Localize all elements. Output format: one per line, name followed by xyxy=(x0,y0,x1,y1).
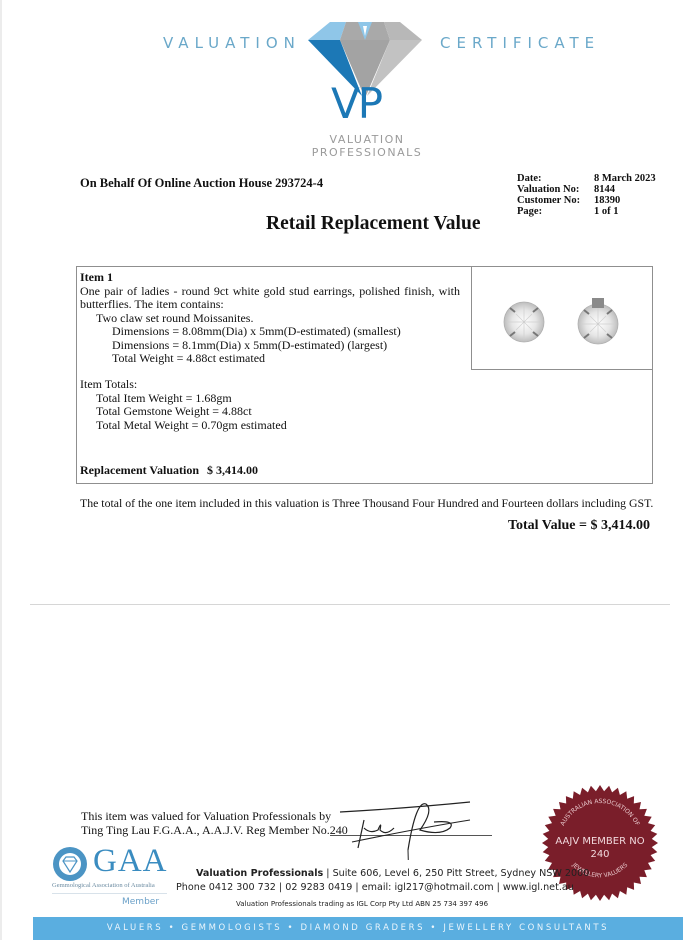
gaa-emblem-icon xyxy=(52,846,88,882)
footer-address: Valuation Professionals | Suite 606, Lev… xyxy=(196,868,589,879)
footer-company: Valuation Professionals xyxy=(196,868,323,879)
item-heading: Item 1 xyxy=(80,271,460,285)
replacement-valuation: Replacement Valuation$ 3,414.00 xyxy=(80,463,258,478)
footer-address-text: | Suite 606, Level 6, 250 Pitt Street, S… xyxy=(323,868,589,879)
gaa-divider xyxy=(52,893,167,894)
meta-row-customer-no: Customer No:18390 xyxy=(517,195,656,206)
svg-text:AAJV MEMBER NO: AAJV MEMBER NO xyxy=(555,836,644,847)
total-value: Total Value = $ 3,414.00 xyxy=(508,518,650,534)
item-description-text: One pair of ladies - round 9ct white gol… xyxy=(80,285,460,312)
on-behalf-of: On Behalf Of Online Auction House 293724… xyxy=(80,176,323,191)
meta-label: Valuation No: xyxy=(517,184,594,195)
footer-trading: Valuation Professionals trading as IGL C… xyxy=(236,900,488,908)
total-sentence: The total of the one item included in th… xyxy=(80,496,653,511)
meta-row-page: Page:1 of 1 xyxy=(517,206,656,217)
svg-text:240: 240 xyxy=(590,849,609,860)
meta-label: Date: xyxy=(517,173,594,184)
valuer-credentials: Ting Ting Lau F.G.A.A., A.A.J.V. Reg Mem… xyxy=(81,824,348,838)
item-totals: Item Totals: Total Item Weight = 1.68gm … xyxy=(80,378,287,432)
logo-subtitle-line1: VALUATION xyxy=(267,133,467,146)
gaa-subtitle: Gemmological Association of Australia xyxy=(52,882,155,889)
item-description: Item 1 One pair of ladies - round 9ct wh… xyxy=(80,271,460,366)
gaa-member-label: Member xyxy=(122,897,159,907)
stones-line: Two claw set round Moissanites. xyxy=(80,312,460,326)
detail-line: Total Weight = 4.88ct estimated xyxy=(80,352,460,366)
detail-line: Dimensions = 8.08mm(Dia) x 5mm(D-estimat… xyxy=(80,325,460,339)
replacement-amount: $ 3,414.00 xyxy=(207,463,258,477)
replacement-label: Replacement Valuation xyxy=(80,463,199,477)
meta-value: 18390 xyxy=(594,195,620,206)
vp-logo-letters: VP xyxy=(331,80,381,128)
meta-label: Page: xyxy=(517,206,594,217)
logo-subtitle-line2: PROFESSIONALS xyxy=(267,146,467,159)
description-line: One pair of ladies - round 9ct white gol… xyxy=(80,285,460,299)
page-title: Retail Replacement Value xyxy=(266,213,480,235)
header-certificate-word: CERTIFICATE xyxy=(440,34,600,52)
valued-by-statement: This item was valued for Valuation Profe… xyxy=(81,810,348,837)
meta-value: 8144 xyxy=(594,184,615,195)
divider xyxy=(30,604,670,605)
header-valuation-word: VALUATION xyxy=(163,34,301,52)
meta-table: Date:8 March 2023 Valuation No:8144 Cust… xyxy=(517,173,656,217)
meta-row-valuation-no: Valuation No:8144 xyxy=(517,184,656,195)
total-line: Total Item Weight = 1.68gm xyxy=(80,392,287,406)
scan-edge xyxy=(0,0,2,940)
meta-value: 8 March 2023 xyxy=(594,173,656,184)
signature-icon xyxy=(330,790,500,860)
valued-by-line: This item was valued for Valuation Profe… xyxy=(81,810,348,824)
earrings-photo xyxy=(486,284,636,354)
total-line: Total Gemstone Weight = 4.88ct xyxy=(80,405,287,419)
item-totals-heading: Item Totals: xyxy=(80,378,287,392)
gaa-logo-letters: GAA xyxy=(93,843,168,880)
footer-band: VALUERS • GEMMOLOGISTS • DIAMOND GRADERS… xyxy=(33,917,683,940)
detail-line: Dimensions = 8.1mm(Dia) x 5mm(D-estimate… xyxy=(80,339,460,353)
meta-row-date: Date:8 March 2023 xyxy=(517,173,656,184)
meta-label: Customer No: xyxy=(517,195,594,206)
description-line: butterflies. The item contains: xyxy=(80,298,460,312)
footer-contact: Phone 0412 300 732 | 02 9283 0419 | emai… xyxy=(176,882,574,893)
total-line: Total Metal Weight = 0.70gm estimated xyxy=(80,419,287,433)
meta-value: 1 of 1 xyxy=(594,206,619,217)
